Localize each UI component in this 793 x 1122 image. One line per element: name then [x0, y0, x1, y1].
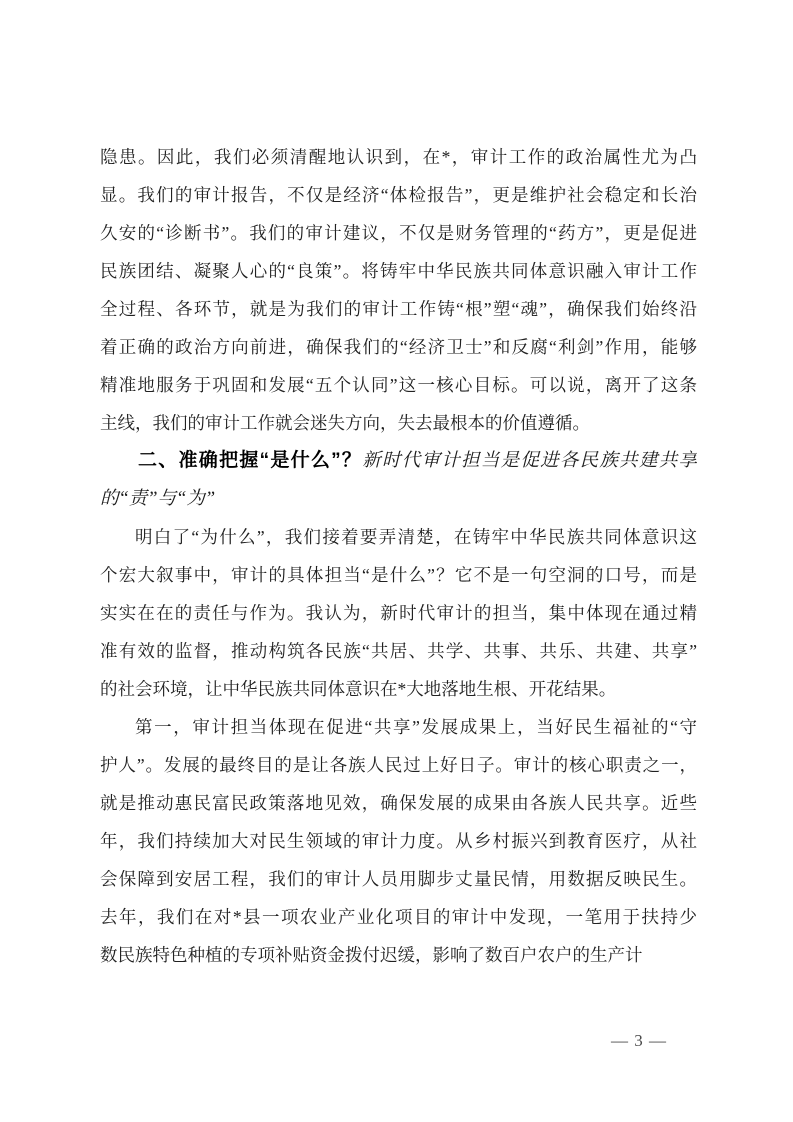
body-text: 第一，审计担当体现在促进“共享”发展成果上，当好民生福祉的“守	[135, 717, 697, 737]
body-text: 全过程、各环节，就是为我们的审计工作铸“根”塑“魂”，确保我们始终沿	[100, 299, 697, 319]
para-first-point-line: 第一，审计担当体现在促进“共享”发展成果上，当好民生福祉的“守	[100, 708, 697, 746]
para-first-point-line: 数民族特色种植的专项补贴资金拨付迟缓，影响了数百户农户的生产计	[100, 936, 697, 974]
body-text: 准有效的监督，推动构筑各民族“共居、共学、共事、共乐、共建、共享”	[100, 641, 697, 661]
body-text: 个宏大叙事中，审计的具体担当“是什么”？它不是一句空洞的口号，而是	[100, 565, 697, 585]
body-text: 隐患。因此，我们必须清醒地认识到，在*，审计工作的政治属性尤为凸	[100, 147, 697, 167]
section-heading-2-line: 二、准确把握“是什么”？新时代审计担当是促进各民族共建共享	[100, 442, 697, 480]
body-text: 着正确的政治方向前进，确保我们的“经济卫士”和反腐“利剑”作用，能够	[100, 337, 697, 357]
para-political-attribute-line: 精准地服务于巩固和发展“五个认同”这一核心目标。可以说，离开了这条	[100, 366, 697, 404]
para-what-it-is-line: 明白了“为什么”，我们接着要弄清楚，在铸牢中华民族共同体意识这	[100, 518, 697, 556]
body-text: 显。我们的审计报告，不仅是经济“体检报告”，更是维护社会稳定和长治	[100, 185, 697, 205]
body-text: 精准地服务于巩固和发展“五个认同”这一核心目标。可以说，离开了这条	[100, 375, 697, 395]
body-text: 民族团结、凝聚人心的“良策”。将铸牢中华民族共同体意识融入审计工作	[100, 261, 697, 281]
heading-kaiti-text: 新时代审计担当是促进各民族共建共享	[362, 451, 697, 471]
para-first-point-line: 年，我们持续加大对民生领域的审计力度。从乡村振兴到教育医疗，从社	[100, 822, 697, 860]
body-text: 年，我们持续加大对民生领域的审计力度。从乡村振兴到教育医疗，从社	[100, 831, 697, 851]
para-first-point-line: 护人”。发展的最终目的是让各族人民过上好日子。审计的核心职责之一，	[100, 746, 697, 784]
heading-kaiti-text: 的“责”与“为”	[100, 489, 215, 509]
para-political-attribute-line: 主线，我们的审计工作就会迷失方向，失去最根本的价值遵循。	[100, 404, 697, 442]
para-political-attribute-line: 隐患。因此，我们必须清醒地认识到，在*，审计工作的政治属性尤为凸	[100, 138, 697, 176]
para-political-attribute-line: 全过程、各环节，就是为我们的审计工作铸“根”塑“魂”，确保我们始终沿	[100, 290, 697, 328]
heading-bold-text: 二、准确把握“是什么”？	[138, 450, 362, 471]
para-political-attribute-line: 久安的“诊断书”。我们的审计建议，不仅是财务管理的“药方”，更是促进	[100, 214, 697, 252]
para-first-point-line: 去年，我们在对*县一项农业产业化项目的审计中发现，一笔用于扶持少	[100, 898, 697, 936]
body-text: 明白了“为什么”，我们接着要弄清楚，在铸牢中华民族共同体意识这	[135, 527, 697, 547]
body-text: 数民族特色种植的专项补贴资金拨付迟缓，影响了数百户农户的生产计	[100, 945, 643, 965]
para-what-it-is-line: 个宏大叙事中，审计的具体担当“是什么”？它不是一句空洞的口号，而是	[100, 556, 697, 594]
text-block: 隐患。因此，我们必须清醒地认识到，在*，审计工作的政治属性尤为凸显。我们的审计报…	[100, 138, 697, 974]
body-text: 实实在在的责任与作为。我认为，新时代审计的担当，集中体现在通过精	[100, 603, 697, 623]
document-page: 隐患。因此，我们必须清醒地认识到，在*，审计工作的政治属性尤为凸显。我们的审计报…	[0, 0, 793, 1122]
body-text: 久安的“诊断书”。我们的审计建议，不仅是财务管理的“药方”，更是促进	[100, 223, 697, 243]
para-first-point-line: 就是推动惠民富民政策落地见效，确保发展的成果由各族人民共享。近些	[100, 784, 697, 822]
body-text: 会保障到安居工程，我们的审计人员用脚步丈量民情，用数据反映民生。	[100, 869, 697, 889]
body-text: 就是推动惠民富民政策落地见效，确保发展的成果由各族人民共享。近些	[100, 793, 697, 813]
page-number: — 3 —	[611, 1031, 667, 1051]
para-first-point-line: 会保障到安居工程，我们的审计人员用脚步丈量民情，用数据反映民生。	[100, 860, 697, 898]
body-text: 主线，我们的审计工作就会迷失方向，失去最根本的价值遵循。	[100, 413, 590, 433]
para-what-it-is-line: 的社会环境，让中华民族共同体意识在*大地落地生根、开花结果。	[100, 670, 697, 708]
para-what-it-is-line: 实实在在的责任与作为。我认为，新时代审计的担当，集中体现在通过精	[100, 594, 697, 632]
para-political-attribute-line: 民族团结、凝聚人心的“良策”。将铸牢中华民族共同体意识融入审计工作	[100, 252, 697, 290]
body-text: 的社会环境，让中华民族共同体意识在*大地落地生根、开花结果。	[100, 679, 616, 699]
para-what-it-is-line: 准有效的监督，推动构筑各民族“共居、共学、共事、共乐、共建、共享”	[100, 632, 697, 670]
section-heading-2-line: 的“责”与“为”	[100, 480, 697, 518]
body-text: 去年，我们在对*县一项农业产业化项目的审计中发现，一笔用于扶持少	[100, 907, 697, 927]
para-political-attribute-line: 着正确的政治方向前进，确保我们的“经济卫士”和反腐“利剑”作用，能够	[100, 328, 697, 366]
body-text: 护人”。发展的最终目的是让各族人民过上好日子。审计的核心职责之一，	[100, 755, 697, 775]
para-political-attribute-line: 显。我们的审计报告，不仅是经济“体检报告”，更是维护社会稳定和长治	[100, 176, 697, 214]
